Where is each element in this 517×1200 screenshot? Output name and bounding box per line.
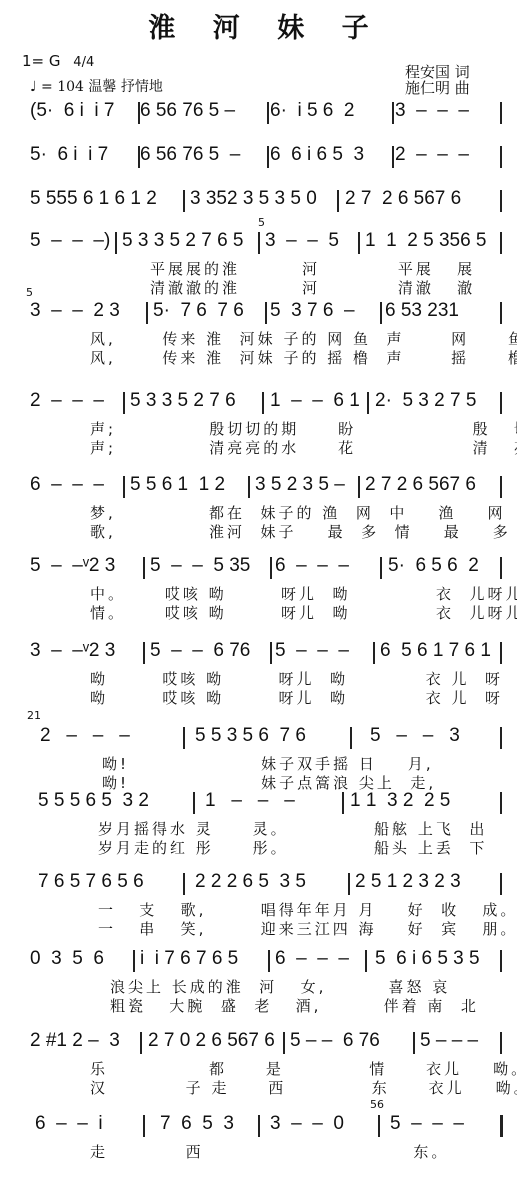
barline [500,727,502,749]
lyric-line: 情。 哎咳 呦 呀儿 呦 衣 儿呀儿 [90,602,517,620]
score-line: (5· 6 i i 76 56 76 5 –6· i 5 6 23 – – – [30,100,500,124]
barline [183,727,185,749]
measure-notes: 3 – – 0 [270,1113,344,1135]
barline [115,232,117,254]
score-line: 3 – –ᵛ2 35 – – 6 765 – – –6 5 6 1 7 6 1 [30,640,500,664]
lyric-line: 歌, 淮河 妹子 最 多 情 最 多 [90,521,517,539]
measure-notes: 5 5 6 1 1 2 [130,474,225,496]
measure-notes: 3 – – 5 [265,230,339,252]
score-line: 5 – – –)5 3 3 5 2 7 6 53 – – 51 1 2 5 35… [30,230,500,254]
measure-notes: 1 – – 6 1 [270,390,360,412]
score-line: 5· 6 i i 76 56 76 5 –6 6 i 6 5 32 – – – [30,144,500,168]
grace-note: 5 [258,216,265,229]
lyric-line: 呦! 妹子点篙浪 尖上 走, 把 [102,772,517,790]
measure-notes: 1 1 3 2 2 5 [350,790,450,812]
measure-notes: 5 – –ᵛ2 3 [30,555,115,577]
barline [138,146,140,168]
barline [270,642,272,664]
barline [500,392,502,414]
lyric-line: 平展展的淮 河 平展 展 的 [150,258,517,276]
barline [500,873,502,895]
measure-notes: 5 3 3 5 2 7 6 [130,390,236,412]
lyric-line: 风, 传来 淮 河妹 子的 摇 橹 声 摇 橹 [90,347,517,365]
score-line: 2 – – –5 3 3 5 2 7 61 – – 6 12· 5 3 2 7 … [30,390,500,414]
barline [268,950,270,972]
lyric-line: 走 西 东。 [90,1141,517,1159]
time-signature: 4/4 [73,55,94,70]
measure-notes: 2 5 1 2 3 2 3 [355,871,461,893]
score-line: 5 555 6 1 6 1 23 352 3 5 3 5 02 7 2 6 56… [30,188,500,212]
barline [367,392,369,414]
barline [138,102,140,124]
barline [123,392,125,414]
lyric-line: 清澈澈的淮 河 清澈 澈 的 [150,277,517,295]
tempo-marking: ♩ = 104 温馨 抒情地 [30,76,163,96]
measure-notes: 5 – – 6 76 [290,1030,380,1052]
measure-notes: 3 – –ᵛ2 3 [30,640,115,662]
barline [380,557,382,579]
barline [365,950,367,972]
lyric-line: 粗瓷 大腕 盛 老 酒, 伴着 南 北 [110,995,517,1013]
barline [380,302,382,324]
barline [358,232,360,254]
barline [392,102,394,124]
lyricist: 程安国 词 [405,64,470,80]
measure-notes: 5 – – –) [30,230,110,252]
score-line: 3 – – 2 35· 7 6 7 65 3 7 6 –6 53 231 [30,300,500,324]
measure-notes: 3 – – – [395,100,469,122]
lyric-line: 中。 哎咳 呦 呀儿 呦 衣 儿呀儿 [90,583,517,601]
barline [348,873,350,895]
measure-notes: 5 – – 3 [370,725,460,747]
grace-note: 5 [26,286,33,299]
measure-notes: 6 5 6 1 7 6 1 [380,640,491,662]
measure-notes: 5· 7 6 7 6 [153,300,244,322]
measure-notes: i i 7 6 7 6 5 [140,948,238,970]
lyric-line: 呦! 妹子双手摇 日 月, 把 [102,753,517,771]
barline [143,642,145,664]
measure-notes: 1 1 2 5 356 5 [365,230,487,252]
barline [500,190,502,212]
barline [262,392,264,414]
lyric-line: 梦, 都在 妹子的 渔 网 中 渔 网 [90,502,517,520]
measure-notes: 5 6 i 6 5 3 5 [375,948,480,970]
measure-notes: 3 – – 2 3 [30,300,120,322]
measure-notes: 5· 6 5 6 2 [388,555,479,577]
lyric-line: 风, 传来 淮 河妹 子的 网 鱼 声 网 鱼 [90,328,517,346]
barline [500,1115,503,1137]
measure-notes: 5 – – 6 76 [150,640,250,662]
measure-notes: 1 – – – [205,790,295,812]
score-line: 2 #1 2 – 32 7 0 2 6 567 65 – – 6 765 – –… [30,1030,500,1054]
lyric-line: 一 支 歌, 唱得年年月 月 好 收 成。 [98,899,517,917]
barline [342,792,344,814]
barline [500,642,502,664]
measure-notes: 2 – – – [30,390,104,412]
measure-notes: 2 7 0 2 6 567 6 [148,1030,275,1052]
score-line: 7 6 5 7 6 5 62 2 2 6 5 3 52 5 1 2 3 2 3 [30,871,500,895]
measure-notes: 5 5 3 5 6 7 6 [195,725,306,747]
measure-notes: 5 – – – [275,640,349,662]
barline [500,232,502,254]
measure-notes: 5 3 7 6 – [270,300,355,322]
score-line: 2 – – –5 5 3 5 6 7 65 – – 3 [30,725,500,749]
barline [270,557,272,579]
barline [500,557,502,579]
measure-notes: 5 5 5 6 5 3 2 [38,790,149,812]
lyric-line: 岁月走的红 彤 彤。 船头 上丢 下 [98,837,517,855]
barline [350,727,352,749]
measure-notes: 5 – – – [390,1113,464,1135]
barline [500,950,502,972]
measure-notes: 2 2 2 6 5 3 5 [195,871,306,893]
measure-notes: 6 6 i 6 5 3 [270,144,364,166]
measure-notes: 2 #1 2 – 3 [30,1030,120,1052]
barline [140,1032,142,1054]
barline [183,190,185,212]
song-title: 淮 河 妹 子 [0,6,517,45]
barline [193,792,195,814]
measure-notes: 3 5 2 3 5 – [255,474,345,496]
barline [283,1032,285,1054]
measure-notes: 2 – – – [395,144,469,166]
barline [337,190,339,212]
barline [500,302,502,324]
measure-notes: 6 53 231 [385,300,459,322]
barline [143,557,145,579]
score-line: 0 3 5 6i i 7 6 7 6 56 – – –5 6 i 6 5 3 5 [30,948,500,972]
measure-notes: 6 – – – [30,474,104,496]
measure-notes: 6 56 76 5 – [140,100,235,122]
barline [373,642,375,664]
barline [500,476,502,498]
measure-notes: 6 – – – [275,555,349,577]
lyric-line: 汉 子 走 西 东 衣儿 呦。 [90,1077,517,1095]
measure-notes: (5· 6 i i 7 [30,100,114,122]
barline [248,476,250,498]
measure-notes: 6 – – – [275,948,349,970]
lyric-line: 岁月摇得水 灵 灵。 船舷 上飞 出 [98,818,517,836]
barline [267,146,269,168]
barline [500,146,502,168]
score-line: 6 – – i7 6 5 33 – – 05 – – – [30,1113,500,1137]
measure-notes: 6 56 76 5 – [140,144,240,166]
barline [500,1032,502,1054]
composer: 施仁明 曲 [405,80,470,96]
barline [413,1032,415,1054]
measure-notes: 7 6 5 3 [160,1113,234,1135]
measure-notes: 0 3 5 6 [30,948,104,970]
score-line: 6 – – –5 5 6 1 1 23 5 2 3 5 –2 7 2 6 567… [30,474,500,498]
barline [500,102,502,124]
measure-notes: 5 – – 5 35 [150,555,250,577]
barline [267,102,269,124]
barline [258,232,260,254]
measure-notes: 2· 5 3 2 7 5 [375,390,476,412]
barline [265,302,267,324]
lyric-line: 呦 哎咳 呦 呀儿 呦 衣 儿 呀 儿 [90,687,517,705]
score-line: 5 – –ᵛ2 35 – – 5 356 – – –5· 6 5 6 2 [30,555,500,579]
measure-notes: 2 7 2 6 567 6 [345,188,461,210]
grace-note: 56 [370,1098,384,1111]
barline [500,792,502,814]
measure-notes: 2 7 2 6 567 6 [365,474,476,496]
score-line: 5 5 5 6 5 3 21 – – –1 1 3 2 2 5 [30,790,500,814]
measure-notes: 5 555 6 1 6 1 2 [30,188,157,210]
key-signature: 1= G 4/4 [22,52,94,70]
credits: 程安国 词 施仁明 曲 [405,64,470,96]
barline [146,302,148,324]
barline [143,1115,145,1137]
barline [258,1115,260,1137]
measure-notes: 5· 6 i i 7 [30,144,108,166]
lyric-line: 声; 殷切切的期 盼 殷 切 切的 [90,418,517,436]
barline [123,476,125,498]
lyric-line: 乐 都 是 情 衣儿 呦。 [90,1058,517,1076]
measure-notes: 5 3 3 5 2 7 6 5 [122,230,244,252]
measure-notes: 6· i 5 6 2 [270,100,355,122]
barline [183,873,185,895]
grace-note: 21 [27,709,41,722]
lyric-line: 一 串 笑, 迎来三江四 海 好 宾 朋。 [98,918,517,936]
measure-notes: 2 – – – [40,725,130,747]
barline [392,146,394,168]
measure-notes: 7 6 5 7 6 5 6 [38,871,144,893]
measure-notes: 3 352 3 5 3 5 0 [190,188,317,210]
barline [378,1115,380,1137]
lyric-line: 呦 哎咳 呦 呀儿 呦 衣 儿 呀 儿 [90,668,517,686]
barline [358,476,360,498]
lyric-line: 声; 清亮亮的水 花 清 亮 亮的 [90,437,517,455]
barline [133,950,135,972]
measure-notes: 5 – – – [420,1030,478,1052]
lyric-line: 浪尖上 长成的淮 河 女, 喜怒 哀 [110,976,517,994]
measure-notes: 6 – – i [35,1113,103,1135]
